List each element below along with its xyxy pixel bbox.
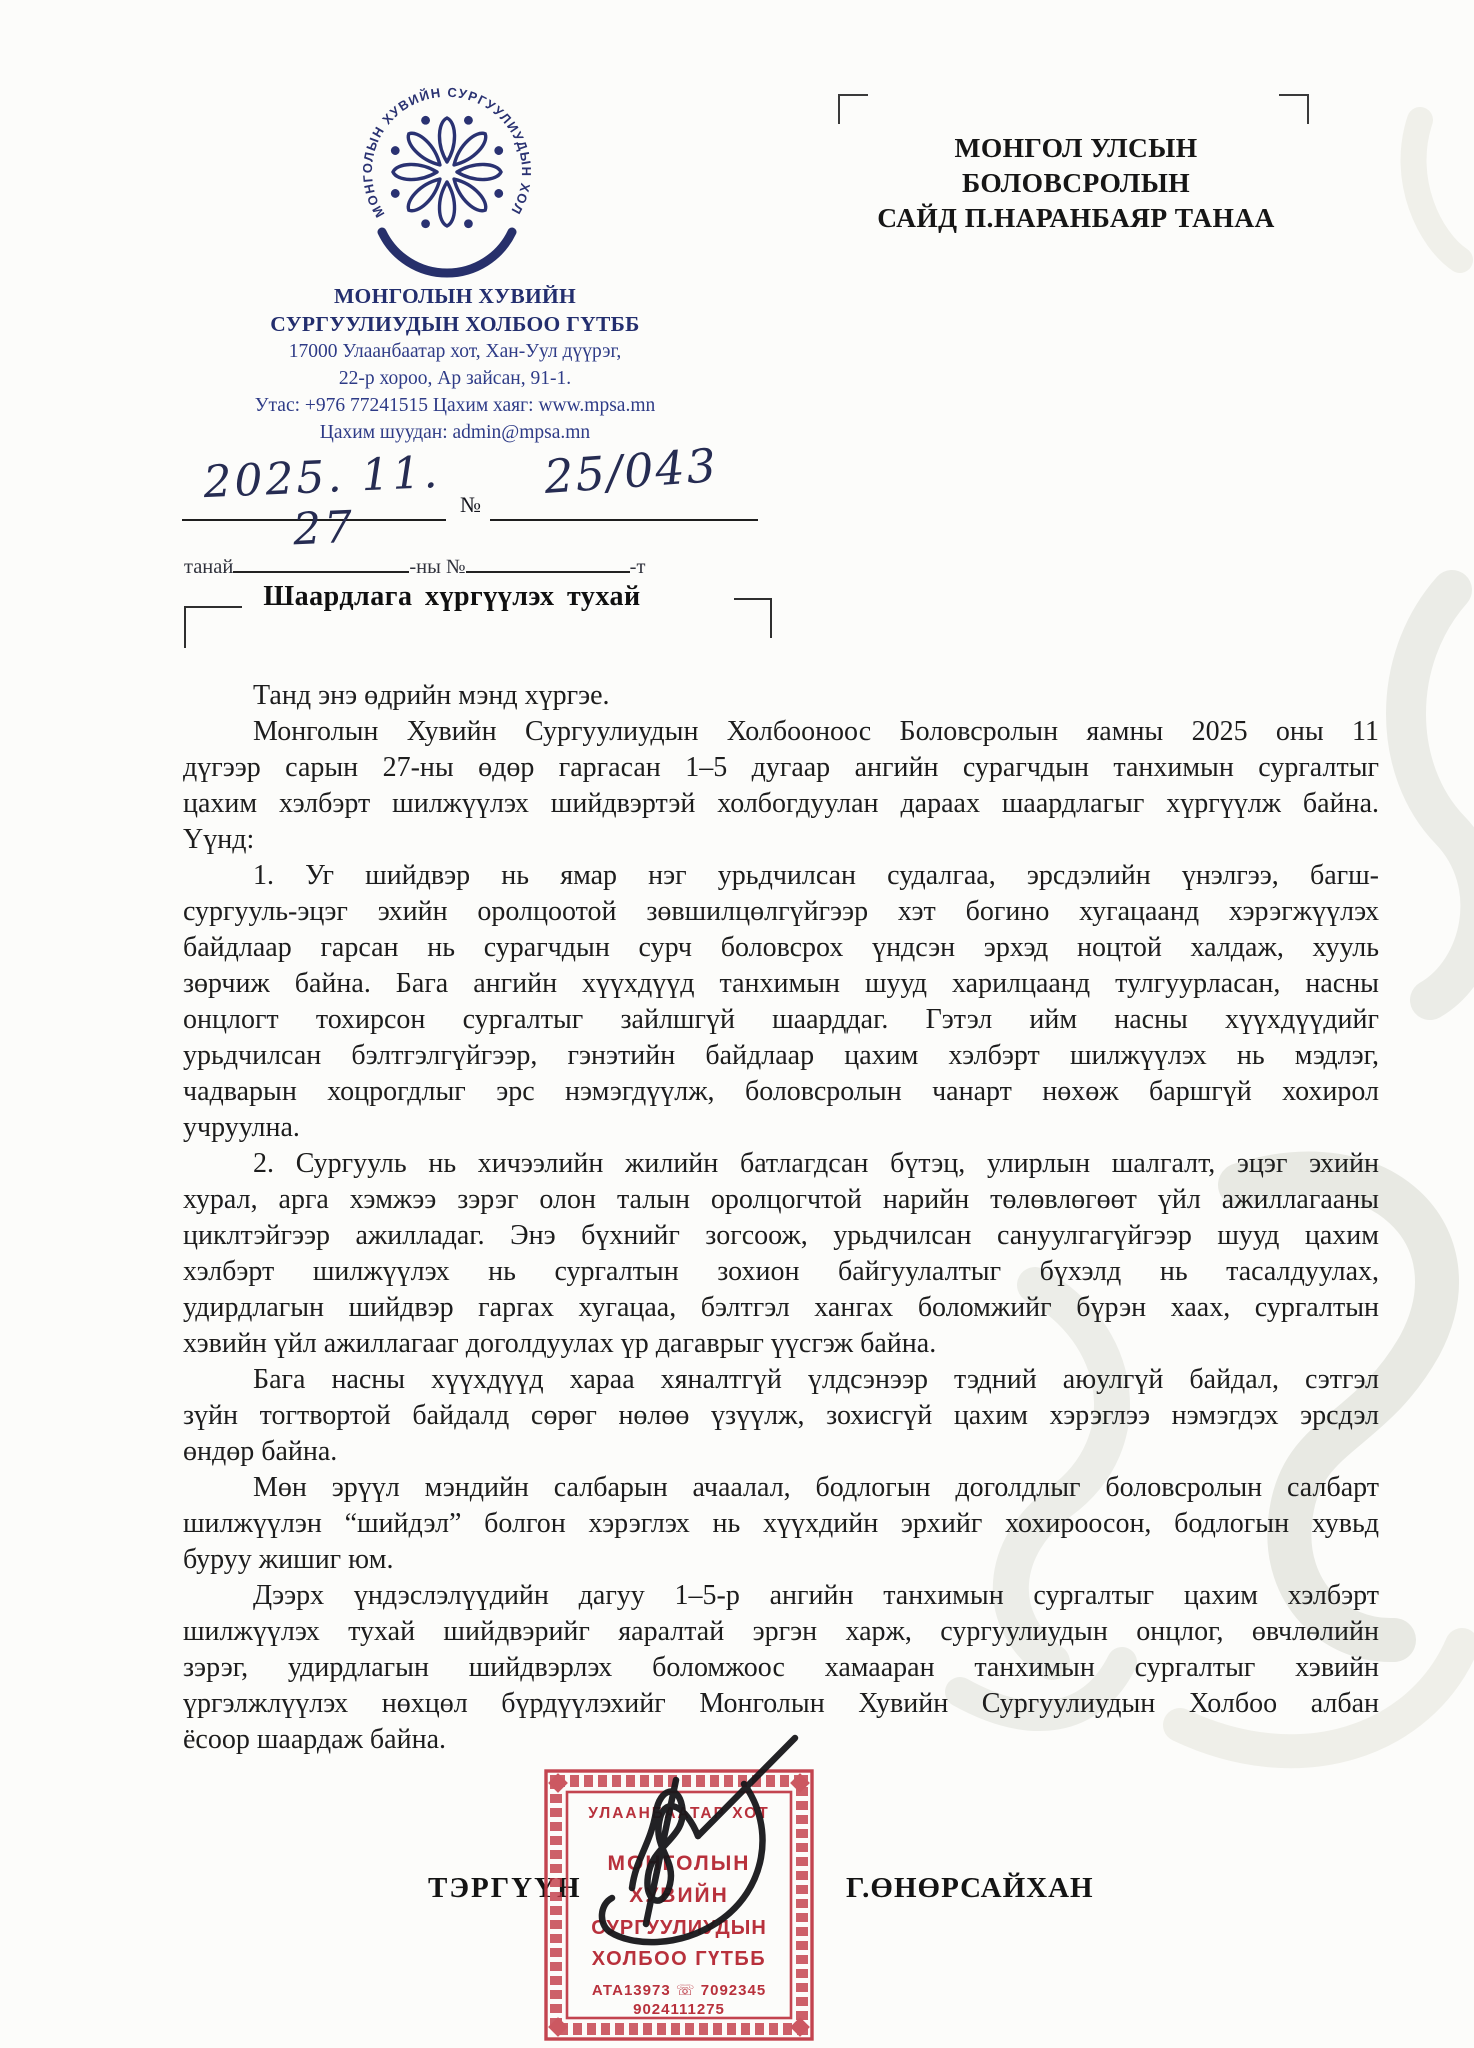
body-line: удирдлагын шийдвэр гаргах хугацаа, бэлтг…: [183, 1290, 1379, 1326]
body-line: байдлаар гарсан нь сурагчдын сурч боловс…: [183, 930, 1379, 966]
signer-name: Г.ӨНӨРСАЙХАН: [846, 1872, 1094, 1905]
your-ref-middle: -ны №: [409, 556, 465, 578]
letterhead: МОНГОЛЫН ХУВИЙН СУРГУУЛИУДЫН ХОЛБОО ГҮТБ…: [150, 282, 760, 446]
letter-page: МОНГОЛЫН ХУВИЙН СУРГУУЛИУДЫН ХОЛБОО: [0, 0, 1474, 2048]
association-logo: МОНГОЛЫН ХУВИЙН СУРГУУЛИУДЫН ХОЛБОО: [352, 86, 542, 292]
body-line: шилжүүлэх тухай шийдвэрийг яаралтай эргэ…: [183, 1614, 1379, 1650]
body-line: өндөр байна.: [183, 1434, 1379, 1470]
recipient-block: МОНГОЛ УЛСЫН БОЛОВСРОЛЫН САЙД П.НАРАНБАЯ…: [846, 130, 1306, 235]
body-line: зүйн тогтвортой байдалд сөрөг нөлөө үзүү…: [183, 1398, 1379, 1434]
body-line: Үүнд:: [183, 822, 1379, 858]
recipient-corner-mark-left: [838, 94, 868, 124]
subject-title: Шаардлага хүргүүлэх тухай: [263, 581, 640, 613]
body-line: хэвийн үйл ажиллагааг доголдуулах үр даг…: [183, 1326, 1379, 1362]
body-line: Дээрх үндэслэлүүдийн дагуу 1–5-р ангийн …: [183, 1578, 1379, 1614]
number-underline: [490, 519, 758, 521]
body-line: хэлбэрт шилжүүлэх нь сургалтын зохион ба…: [183, 1254, 1379, 1290]
logo-crescent: [382, 232, 512, 273]
body-line: сургууль-эцэг эхийн оролцоотой зөвшилцөл…: [183, 894, 1379, 930]
org-name-line2: СУРГУУЛИУДЫН ХОЛБОО ГҮТББ: [150, 310, 760, 338]
body-line: учруулна.: [183, 1110, 1379, 1146]
body-line: дүгээр сарын 27-ны өдөр гаргасан 1–5 дуг…: [183, 750, 1379, 786]
body-line: 1. Уг шийдвэр нь ямар нэг урьдчилсан суд…: [183, 858, 1379, 894]
recipient-line2: САЙД П.НАРАНБАЯР ТАНАА: [846, 200, 1306, 235]
address-line1: 17000 Улаанбаатар хот, Хан-Уул дүүрэг,: [150, 338, 760, 365]
body-line: 2. Сургууль нь хичээлийн жилийн батлагдс…: [183, 1146, 1379, 1182]
body-text: Танд энэ өдрийн мэнд хүргэе.Монголын Хув…: [183, 678, 1379, 1758]
handwritten-date: 2025. 11. 27: [186, 446, 460, 560]
subject-corner-mark-right: [734, 598, 772, 638]
body-line: Танд энэ өдрийн мэнд хүргэе.: [183, 678, 1379, 714]
body-line: буруу жишиг юм.: [183, 1542, 1379, 1578]
address-line2: 22-р хороо, Ар зайсан, 91-1.: [150, 365, 760, 392]
body-line: Монголын Хувийн Сургуулиудын Холбооноос …: [183, 714, 1379, 750]
phone-website-line: Утас: +976 77241515 Цахим хаяг: www.mpsa…: [150, 392, 760, 419]
body-line: циклтэйгээр ажилладаг. Энэ бүхнийг зогсо…: [183, 1218, 1379, 1254]
body-line: зөрчиж байна. Бага ангийн хүүхдүүд танхи…: [183, 966, 1379, 1002]
body-line: цахим хэлбэрт шилжүүлэх шийдвэртэй холбо…: [183, 786, 1379, 822]
body-line: зэрэг, удирдлагын шийдвэрлэх боломжоос х…: [183, 1650, 1379, 1686]
recipient-corner-mark-right: [1279, 94, 1309, 124]
ink-signature: [548, 1688, 848, 2018]
body-line: чадварын хоцрогдлыг эрс нэмэгдүүлж, боло…: [183, 1074, 1379, 1110]
body-line: хурал, арга хэмжээ зэрэг олон талын орол…: [183, 1182, 1379, 1218]
recipient-line1: МОНГОЛ УЛСЫН БОЛОВСРОЛЫН: [846, 130, 1306, 200]
logo-flower-motif: [382, 115, 512, 274]
your-ref-blank-2: [466, 551, 630, 573]
body-line: шилжүүлэн “шийдэл” болгон хэрэглэх нь хү…: [183, 1506, 1379, 1542]
body-line: урьдчилсан бэлтгэлгүйгээр, гэнэтийн байд…: [183, 1038, 1379, 1074]
body-line: Бага насны хүүхдүүд хараа хяналтгүй үлдс…: [183, 1362, 1379, 1398]
org-name-line1: МОНГОЛЫН ХУВИЙН: [150, 282, 760, 310]
your-ref-suffix: -т: [630, 556, 646, 578]
body-line: онцлогт тохирсон сургалтыг зайлшгүй шаар…: [183, 1002, 1379, 1038]
body-line: Мөн эрүүл мэндийн салбарын ачаалал, бодл…: [183, 1470, 1379, 1506]
subject-corner-mark-left: [184, 606, 242, 648]
number-symbol: №: [460, 492, 481, 518]
